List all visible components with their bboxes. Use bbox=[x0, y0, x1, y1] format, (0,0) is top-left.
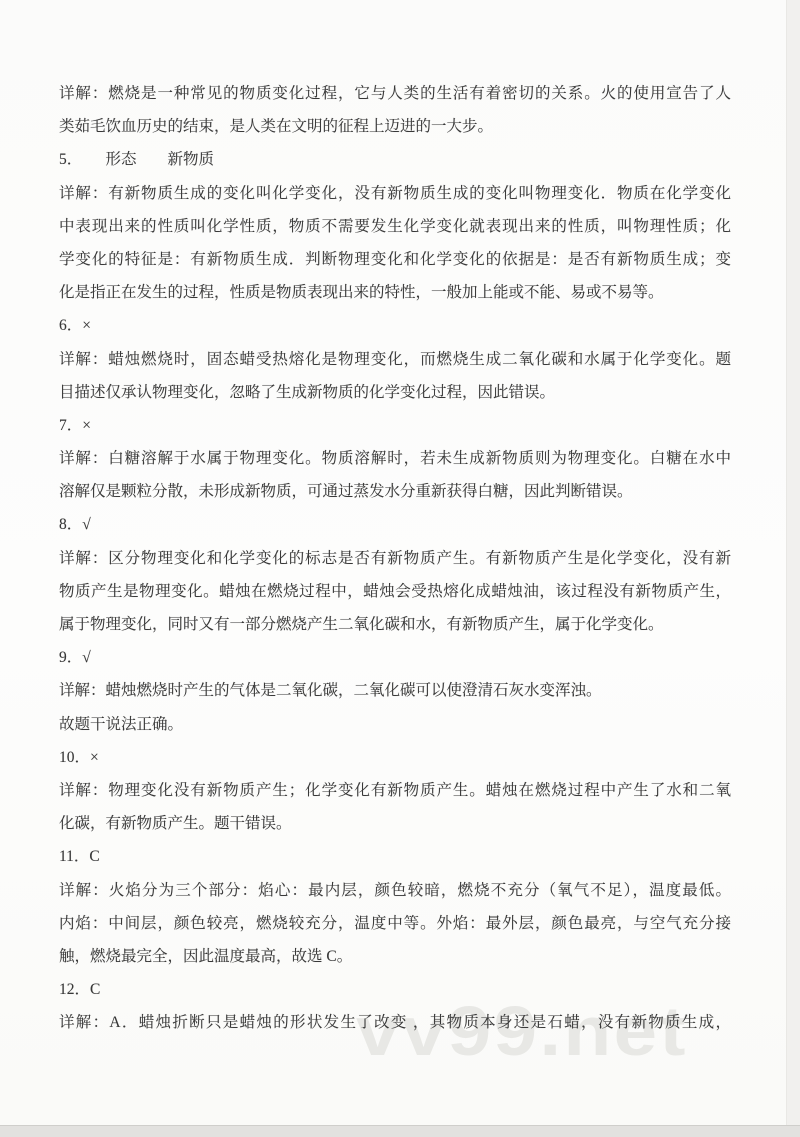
text-line: 溶解仅是颗粒分散，未形成新物质，可通过蒸发水分重新获得白糖，因此判断错误。 bbox=[59, 475, 731, 508]
text-line: 类茹毛饮血历史的结束，是人类在文明的征程上迈进的一大步。 bbox=[59, 110, 731, 143]
text-line: 目描述仅承认物理变化，忽略了生成新物质的化学变化过程，因此错误。 bbox=[59, 376, 731, 409]
text-line: 详解：有新物质生成的变化叫化学变化，没有新物质生成的变化叫物理变化．物质在化学变… bbox=[59, 177, 731, 210]
answer-line: 6．× bbox=[59, 309, 731, 342]
text-line: 属于物理变化，同时又有一部分燃烧产生二氧化碳和水，有新物质产生，属于化学变化。 bbox=[59, 608, 731, 641]
text-line: 化碳，有新物质产生。题干错误。 bbox=[59, 807, 731, 840]
text-line: 触，燃烧最完全，因此温度最高，故选 C。 bbox=[59, 940, 731, 973]
answer-line: 11．C bbox=[59, 840, 731, 873]
text-line: 化是指正在发生的过程，性质是物质表现出来的特性，一般加上能或不能、易或不易等。 bbox=[59, 276, 731, 309]
text-line: 详解：蜡烛燃烧时产生的气体是二氧化碳，二氧化碳可以使澄清石灰水变浑浊。 bbox=[59, 674, 731, 707]
text-line: 详解：物理变化没有新物质产生；化学变化有新物质产生。蜡烛在燃烧过程中产生了水和二… bbox=[59, 774, 731, 807]
text-line: 详解：白糖溶解于水属于物理变化。物质溶解时，若未生成新物质则为物理变化。白糖在水… bbox=[59, 442, 731, 475]
text-line: 详解：A．蜡烛折断只是蜡烛的形状发生了改变 ，其物质本身还是石蜡，没有新物质生成… bbox=[59, 1006, 731, 1039]
text-line: 故题干说法正确。 bbox=[59, 708, 731, 741]
text-line: 详解：火焰分为三个部分：焰心：最内层，颜色较暗，燃烧不充分（氧气不足），温度最低… bbox=[59, 874, 731, 907]
text-line: 物质产生是物理变化。蜡烛在燃烧过程中，蜡烛会受热熔化成蜡烛油，该过程没有新物质产… bbox=[59, 575, 731, 608]
content-block: 详解：燃烧是一种常见的物质变化过程，它与人类的生活有着密切的关系。火的使用宣告了… bbox=[59, 77, 731, 1039]
answer-line: 7．× bbox=[59, 409, 731, 442]
text-line: 详解：燃烧是一种常见的物质变化过程，它与人类的生活有着密切的关系。火的使用宣告了… bbox=[59, 77, 731, 110]
answer-line: 10．× bbox=[59, 741, 731, 774]
answer-line: 12．C bbox=[59, 973, 731, 1006]
scanned-page: vv99.net 详解：燃烧是一种常见的物质变化过程，它与人类的生活有着密切的关… bbox=[0, 0, 800, 1137]
page-right-edge-shade bbox=[786, 0, 800, 1137]
text-line: 内焰：中间层，颜色较亮，燃烧较充分，温度中等。外焰：最外层，颜色最亮，与空气充分… bbox=[59, 907, 731, 940]
answer-line: 5． 形态 新物质 bbox=[59, 143, 731, 176]
text-line: 中表现出来的性质叫化学性质，物质不需要发生化学变化就表现出来的性质，叫物理性质；… bbox=[59, 210, 731, 243]
text-line: 详解：蜡烛燃烧时，固态蜡受热熔化是物理变化，而燃烧生成二氧化碳和水属于化学变化。… bbox=[59, 343, 731, 376]
answer-line: 8．√ bbox=[59, 508, 731, 541]
bottom-page-edge bbox=[0, 1125, 800, 1137]
answer-line: 9．√ bbox=[59, 641, 731, 674]
text-line: 学变化的特征是：有新物质生成．判断物理变化和化学变化的依据是：是否有新物质生成；… bbox=[59, 243, 731, 276]
text-line: 详解：区分物理变化和化学变化的标志是否有新物质产生。有新物质产生是化学变化，没有… bbox=[59, 542, 731, 575]
